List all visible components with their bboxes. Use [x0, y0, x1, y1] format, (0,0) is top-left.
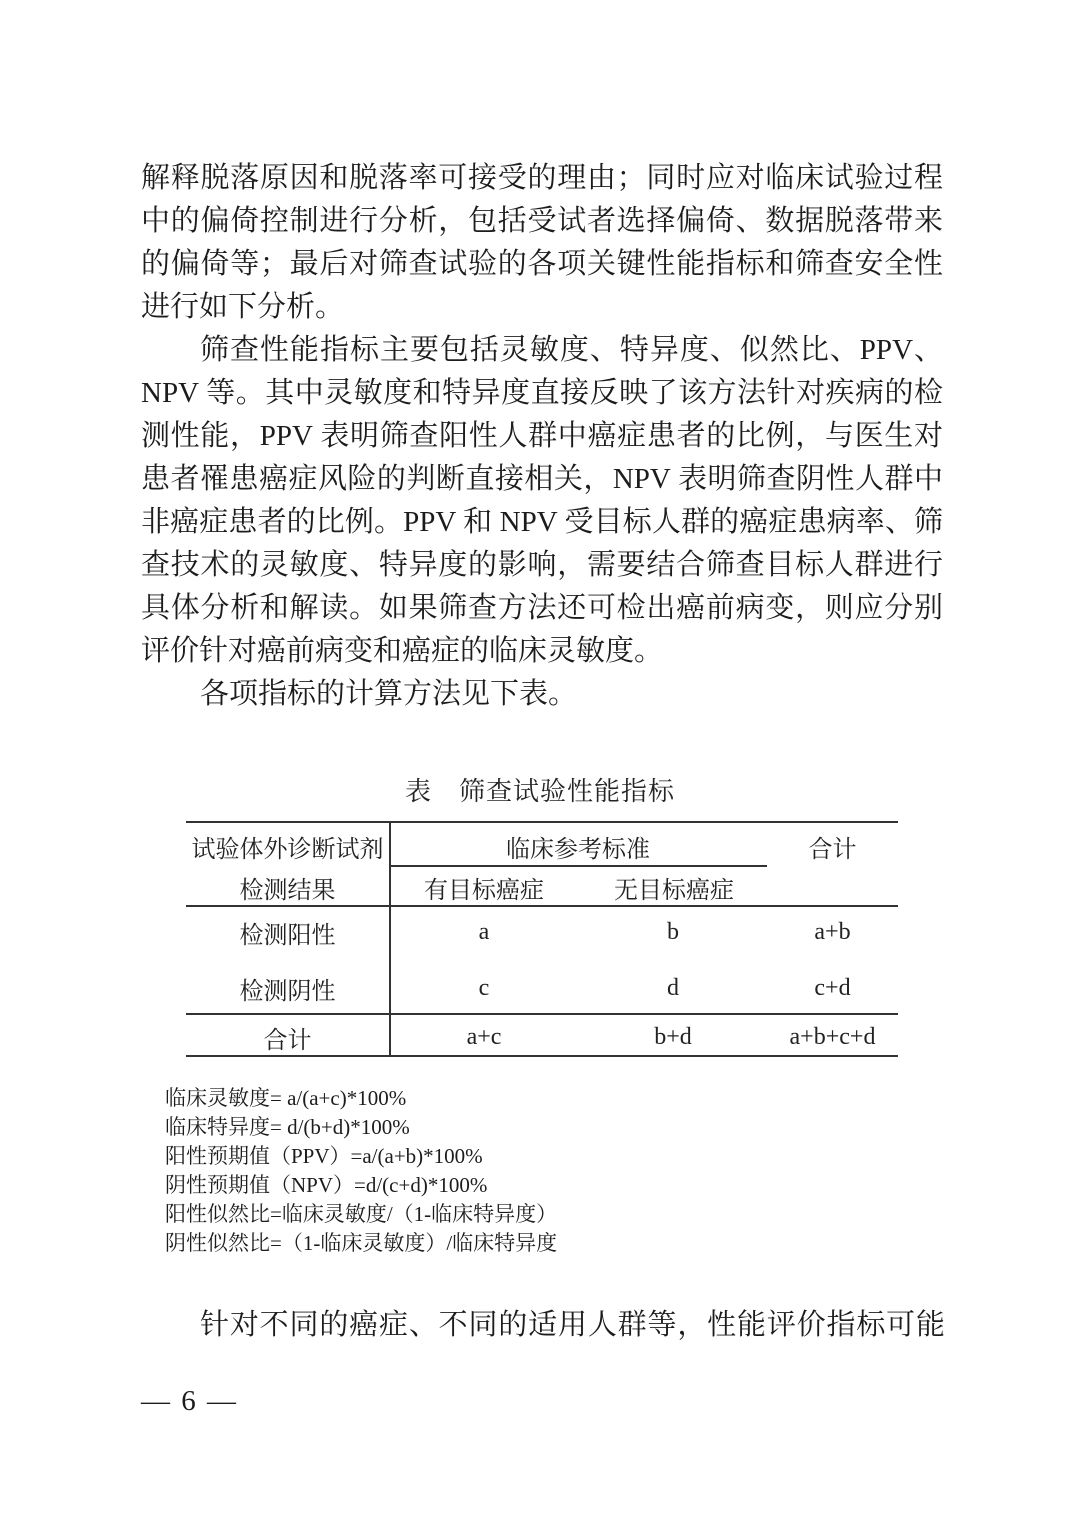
formula-line: 阴性似然比=（1-临床灵敏度）/临床特异度	[165, 1229, 865, 1258]
document-page: 解释脱落原因和脱落率可接受的理由；同时应对临床试验过程 中的偏倚控制进行分析，包…	[0, 0, 1080, 1527]
paragraph-line: 的偏倚等；最后对筛查试验的各项关键性能指标和筛查安全性	[141, 243, 943, 286]
performance-table: 试验体外诊断试剂 临床参考标准 合计 检测结果 有目标癌症 无目标癌症 检测阳性…	[186, 821, 898, 1057]
formula-line: 阴性预期值（NPV）=d/(c+d)*100%	[165, 1171, 865, 1200]
paragraph-line: 进行如下分析。	[141, 286, 943, 329]
formula-line: 阳性预期值（PPV）=a/(a+b)*100%	[165, 1142, 865, 1171]
paragraph-line: 测性能，PPV 表明筛查阳性人群中癌症患者的比例，与医生对	[141, 415, 943, 458]
table-cell: a	[389, 914, 579, 950]
table-row-label: 合计	[186, 1019, 389, 1055]
paragraph-line: 筛查性能指标主要包括灵敏度、特异度、似然比、PPV、	[141, 329, 943, 372]
table-header-device: 试验体外诊断试剂	[186, 829, 389, 863]
table-cell: a+c	[389, 1019, 579, 1055]
paragraph-line: 中的偏倚控制进行分析，包括受试者选择偏倚、数据脱落带来	[141, 200, 943, 243]
formula-list: 临床灵敏度= a/(a+c)*100% 临床特异度= d/(b+d)*100% …	[165, 1084, 865, 1258]
paragraph-line: 非癌症患者的比例。PPV 和 NPV 受目标人群的癌症患病率、筛	[141, 501, 943, 544]
table-cell: d	[579, 970, 767, 1006]
paragraph-line: NPV 等。其中灵敏度和特异度直接反映了该方法针对疾病的检	[141, 372, 943, 415]
formula-line: 阳性似然比=临床灵敏度/（1-临床特异度）	[165, 1200, 865, 1229]
paragraph-line: 患者罹患癌症风险的判断直接相关，NPV 表明筛查阴性人群中	[141, 458, 943, 501]
table-cell: c+d	[767, 970, 898, 1006]
table-top-rule	[186, 821, 898, 823]
table-row-label: 检测阴性	[186, 970, 389, 1006]
paragraph-line: 查技术的灵敏度、特异度的影响，需要结合筛查目标人群进行	[141, 544, 943, 587]
paragraph-line: 评价针对癌前病变和癌症的临床灵敏度。	[141, 630, 943, 673]
table-cell: c	[389, 970, 579, 1006]
table-header-total: 合计	[767, 829, 898, 863]
paragraph-line: 解释脱落原因和脱落率可接受的理由；同时应对临床试验过程	[141, 157, 943, 200]
table-cell: a+b+c+d	[767, 1019, 898, 1055]
table-header-rule	[186, 905, 898, 907]
paragraph-line: 具体分析和解读。如果筛查方法还可检出癌前病变，则应分别	[141, 587, 943, 630]
table-row-label: 检测阳性	[186, 914, 389, 950]
table-title: 表 筛查试验性能指标	[0, 777, 1080, 807]
table-header-with-cancer: 有目标癌症	[389, 870, 579, 904]
table-bottom-rule	[186, 1055, 898, 1057]
formula-line: 临床特异度= d/(b+d)*100%	[165, 1113, 865, 1142]
reference-standard-span-rule	[389, 865, 767, 867]
table-total-rule	[186, 1013, 898, 1015]
table-header-no-cancer: 无目标癌症	[579, 870, 769, 904]
table-cell: b	[579, 914, 767, 950]
paragraph-line: 针对不同的癌症、不同的适用人群等，性能评价指标可能	[141, 1304, 945, 1347]
table-cell: b+d	[579, 1019, 767, 1055]
body-text: 解释脱落原因和脱落率可接受的理由；同时应对临床试验过程 中的偏倚控制进行分析，包…	[141, 157, 943, 716]
page-number: — 6 —	[141, 1386, 238, 1416]
table-header-reference: 临床参考标准	[389, 829, 767, 863]
paragraph-line: 各项指标的计算方法见下表。	[141, 673, 943, 716]
formula-line: 临床灵敏度= a/(a+c)*100%	[165, 1084, 865, 1113]
table-header-result: 检测结果	[186, 870, 389, 904]
table-cell: a+b	[767, 914, 898, 950]
closing-paragraph: 针对不同的癌症、不同的适用人群等，性能评价指标可能	[141, 1304, 945, 1347]
